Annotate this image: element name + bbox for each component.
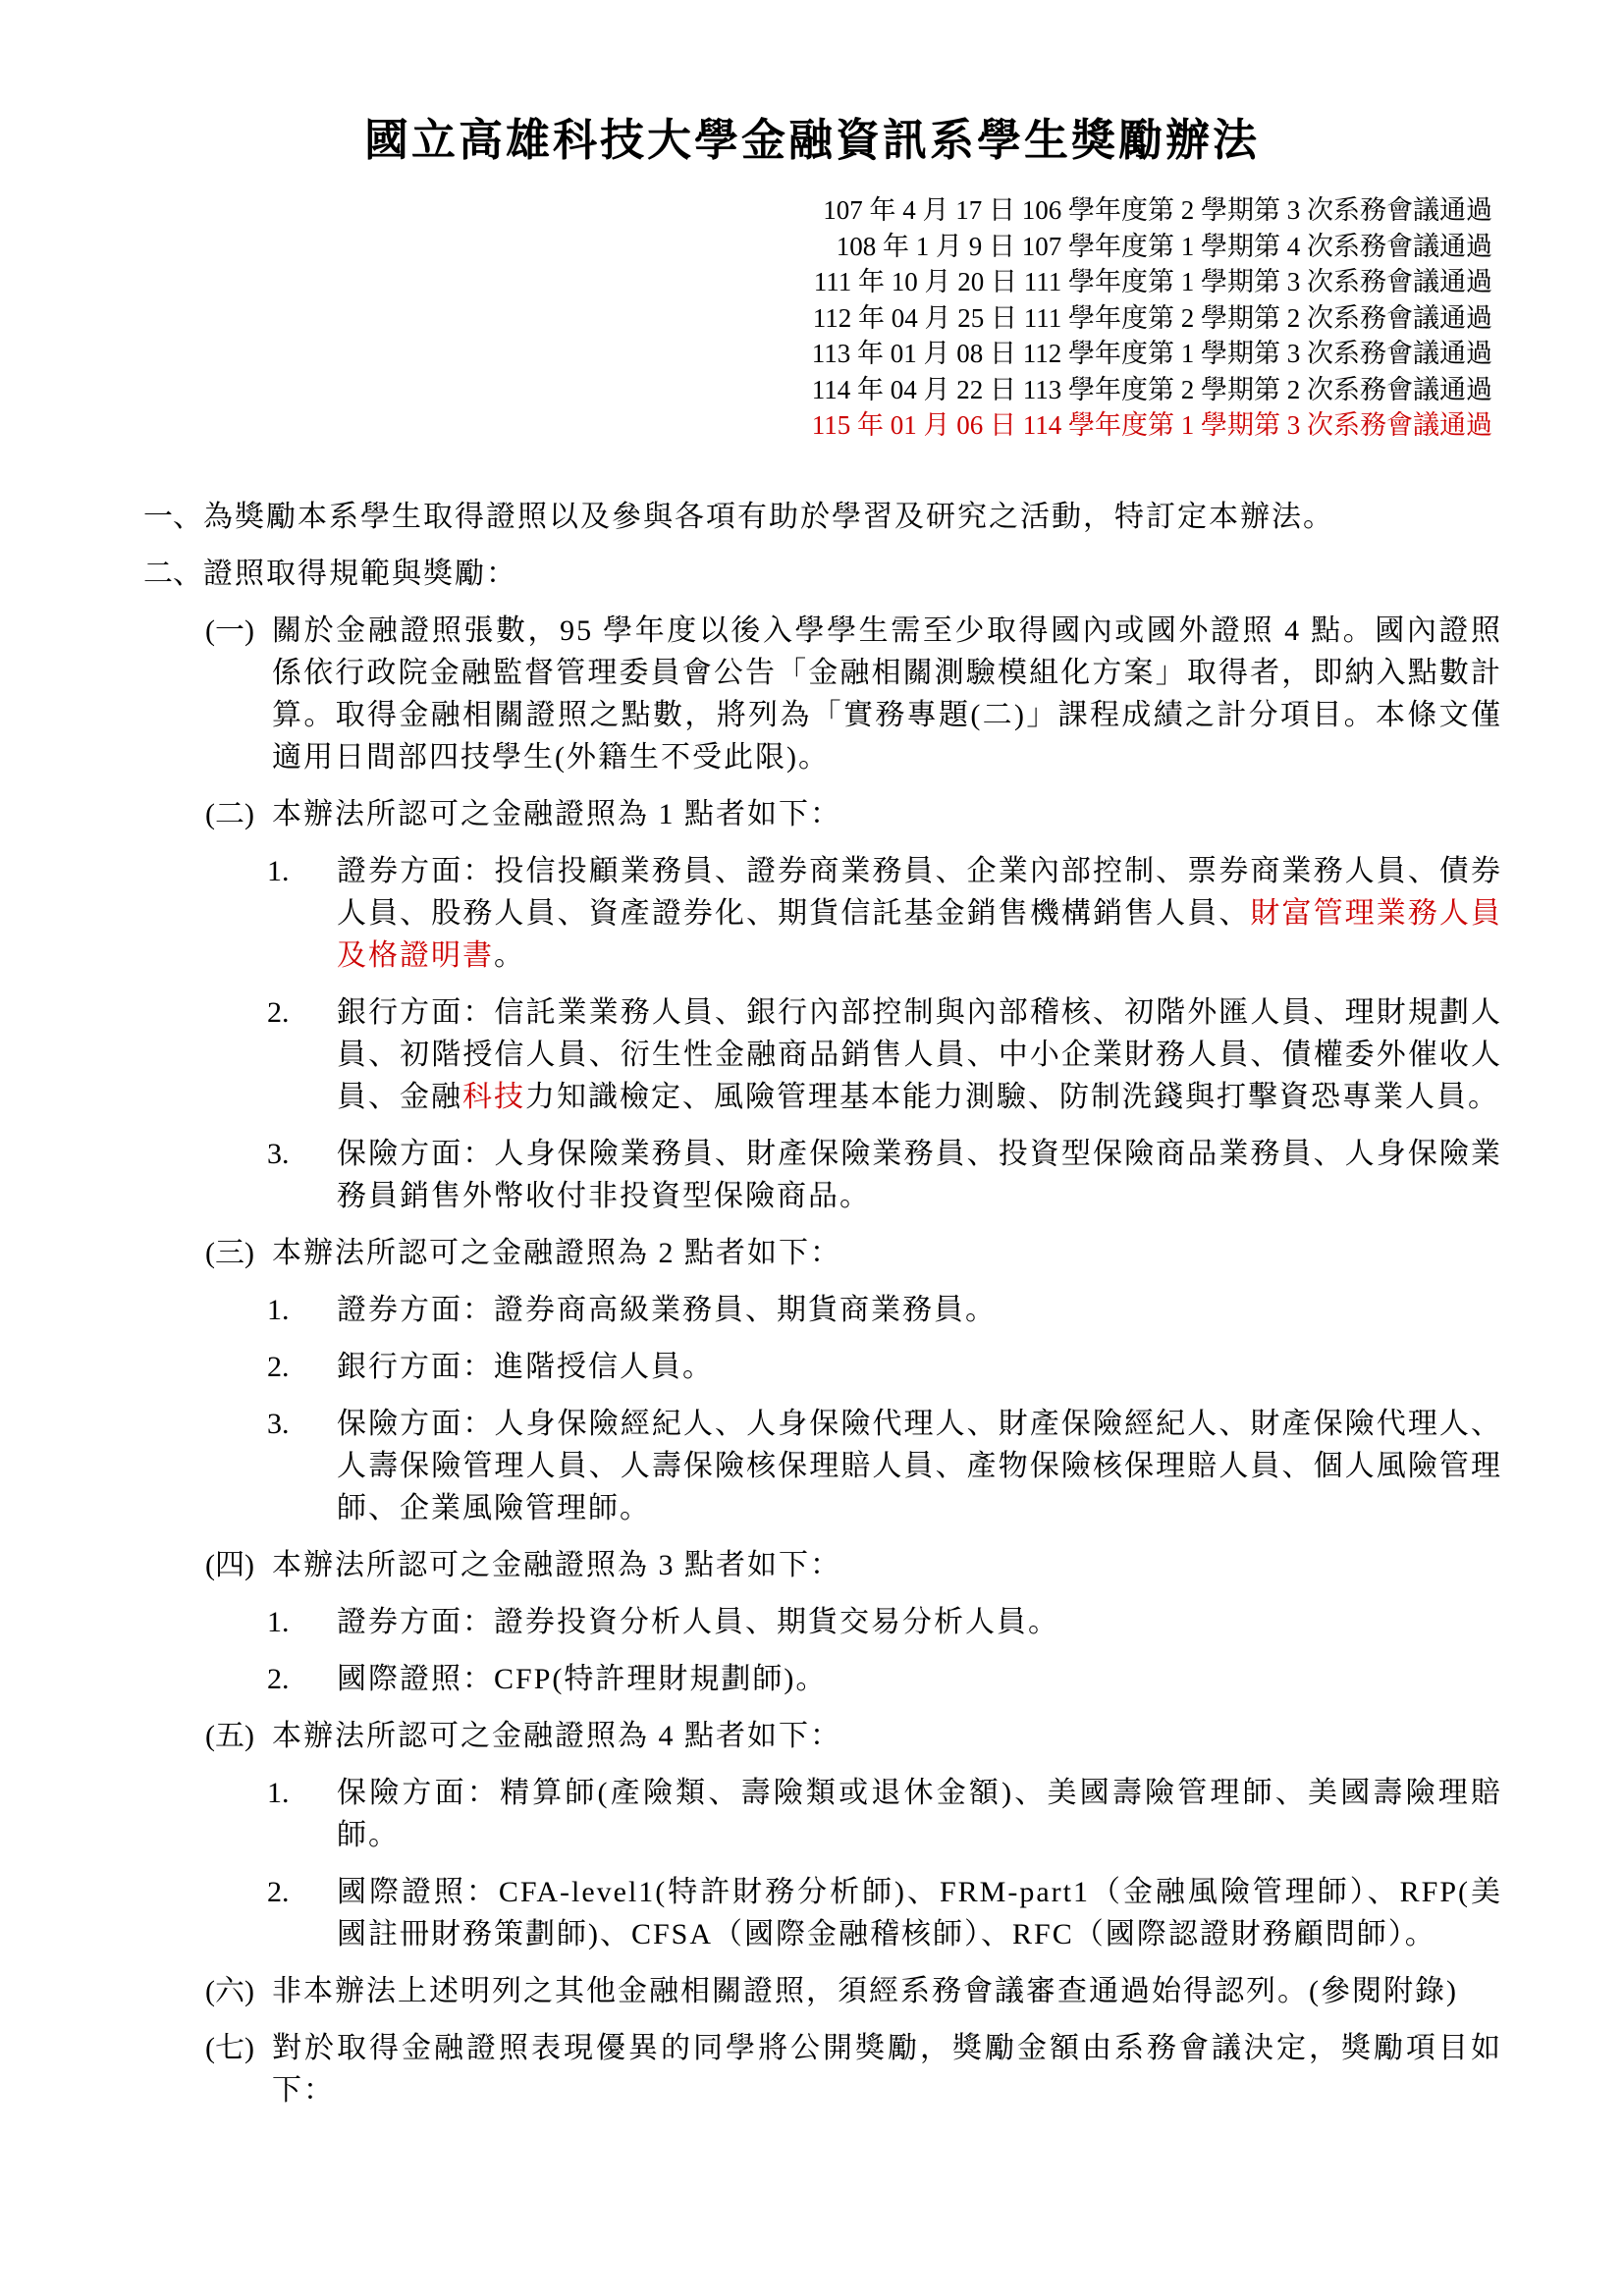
list-item-text: 保險方面：精算師(產險類、壽險類或退休金額)、美國壽險管理師、美國壽險理賠師。 xyxy=(337,1777,1502,1851)
list-item-text: 。 xyxy=(494,939,525,972)
subclause-1-text: 關於金融證照張數，95 學年度以後入學學生需至少取得國內或國外證照 4 點。國內… xyxy=(272,614,1502,774)
list-item-number: 3. xyxy=(267,1133,290,1175)
revision-entry: 114 年 04 月 22 日 113 學年度第 2 學期第 2 次系務會議通過 xyxy=(812,372,1492,408)
list-item: 3. 保險方面：人身保險業務員、財產保險業務員、投資型保險商品業務員、人身保險業… xyxy=(143,1133,1502,1217)
list-item-number: 2. xyxy=(267,991,290,1034)
subclause-4-text: 本辦法所認可之金融證照為 3 點者如下： xyxy=(272,1549,841,1581)
subclause-6: (六) 非本辦法上述明列之其他金融相關證照，須經系務會議審查通過始得認列。(參閱… xyxy=(143,1970,1502,2012)
clause-2-marker: 二、 xyxy=(143,553,202,595)
list-item: 1. 證券方面：證券投資分析人員、期貨交易分析人員。 xyxy=(143,1601,1502,1643)
subclause-5-marker: (五) xyxy=(205,1715,254,1757)
list-item-text: 保險方面：人身保險經紀人、人身保險代理人、財產保險經紀人、財產保險代理人、人壽保… xyxy=(337,1408,1502,1524)
subclause-3-marker: (三) xyxy=(205,1232,254,1274)
list-item-number: 1. xyxy=(267,1289,290,1331)
subclause-1: (一) 關於金融證照張數，95 學年度以後入學學生需至少取得國內或國外證照 4 … xyxy=(143,610,1502,778)
list-item-number: 1. xyxy=(267,1601,290,1643)
subclause-7-marker: (七) xyxy=(205,2027,254,2069)
list-item-highlight: 科技 xyxy=(462,1081,525,1113)
revision-entry: 112 年 04 月 25 日 111 學年度第 2 學期第 2 次系務會議通過 xyxy=(812,300,1492,337)
document-page: 國立高雄科技大學金融資訊系學生獎勵辦法 107 年 4 月 17 日 106 學… xyxy=(0,0,1624,2296)
subclause-2-text: 本辦法所認可之金融證照為 1 點者如下： xyxy=(272,798,841,830)
list-item: 2. 銀行方面：進階授信人員。 xyxy=(143,1346,1502,1388)
list-item-number: 1. xyxy=(267,850,290,892)
list-item-number: 2. xyxy=(267,1658,290,1700)
document-body: 一、 為獎勵本系學生取得證照以及參與各項有助於學習及研究之活動，特訂定本辦法。 … xyxy=(143,496,1502,2126)
revision-history: 107 年 4 月 17 日 106 學年度第 2 學期第 3 次系務會議通過 … xyxy=(812,192,1492,444)
list-item-text: 保險方面：人身保險業務員、財產保險業務員、投資型保險商品業務員、人身保險業務員銷… xyxy=(337,1138,1502,1212)
list-item-text: 國際證照：CFA-level1(特許財務分析師)、FRM-part1（金融風險管… xyxy=(337,1876,1502,1950)
clause-1-text: 為獎勵本系學生取得證照以及參與各項有助於學習及研究之活動，特訂定本辦法。 xyxy=(203,501,1334,533)
list-item: 2. 國際證照：CFP(特許理財規劃師)。 xyxy=(143,1658,1502,1700)
list-item-number: 1. xyxy=(267,1772,290,1814)
subclause-3-text: 本辦法所認可之金融證照為 2 點者如下： xyxy=(272,1237,841,1269)
subclause-2-marker: (二) xyxy=(205,793,254,835)
subclause-3: (三) 本辦法所認可之金融證照為 2 點者如下： xyxy=(143,1232,1502,1274)
list-item-text: 銀行方面：進階授信人員。 xyxy=(337,1351,714,1383)
clause-2-text: 證照取得規範與獎勵： xyxy=(203,558,517,590)
revision-entry: 113 年 01 月 08 日 112 學年度第 1 學期第 3 次系務會議通過 xyxy=(812,336,1492,372)
page-title: 國立高雄科技大學金融資訊系學生獎勵辦法 xyxy=(0,104,1624,168)
list-item: 1. 證券方面：投信投顧業務員、證券商業務員、企業內部控制、票券商業務人員、債券… xyxy=(143,850,1502,977)
list-item: 2. 銀行方面：信託業業務人員、銀行內部控制與內部稽核、初階外匯人員、理財規劃人… xyxy=(143,991,1502,1118)
clause-2: 二、 證照取得規範與獎勵： xyxy=(143,553,1502,595)
subclause-6-text: 非本辦法上述明列之其他金融相關證照，須經系務會議審查通過始得認列。(參閱附錄) xyxy=(272,1975,1458,2007)
subclause-4: (四) 本辦法所認可之金融證照為 3 點者如下： xyxy=(143,1544,1502,1586)
list-item-text: 證券方面：證券投資分析人員、期貨交易分析人員。 xyxy=(337,1606,1059,1638)
list-item-number: 2. xyxy=(267,1871,290,1913)
subclause-5: (五) 本辦法所認可之金融證照為 4 點者如下： xyxy=(143,1715,1502,1757)
revision-entry: 111 年 10 月 20 日 111 學年度第 1 學期第 3 次系務會議通過 xyxy=(812,264,1492,300)
list-item: 1. 證券方面：證券商高級業務員、期貨商業務員。 xyxy=(143,1289,1502,1331)
subclause-7: (七) 對於取得金融證照表現優異的同學將公開獎勵，獎勵金額由系務會議決定，獎勵項… xyxy=(143,2027,1502,2111)
list-item-number: 2. xyxy=(267,1346,290,1388)
list-item-text: 國際證照：CFP(特許理財規劃師)。 xyxy=(337,1663,827,1695)
clause-1-marker: 一、 xyxy=(143,496,202,538)
subclause-1-marker: (一) xyxy=(205,610,254,652)
subclause-4-marker: (四) xyxy=(205,1544,254,1586)
subclause-6-marker: (六) xyxy=(205,1970,254,2012)
subclause-5-text: 本辦法所認可之金融證照為 4 點者如下： xyxy=(272,1720,841,1752)
list-item-number: 3. xyxy=(267,1403,290,1445)
list-item: 2. 國際證照：CFA-level1(特許財務分析師)、FRM-part1（金融… xyxy=(143,1871,1502,1955)
clause-1: 一、 為獎勵本系學生取得證照以及參與各項有助於學習及研究之活動，特訂定本辦法。 xyxy=(143,496,1502,538)
subclause-2: (二) 本辦法所認可之金融證照為 1 點者如下： xyxy=(143,793,1502,835)
list-item-text: 力知識檢定、風險管理基本能力測驗、防制洗錢與打擊資恐專業人員。 xyxy=(525,1081,1499,1113)
list-item: 1. 保險方面：精算師(產險類、壽險類或退休金額)、美國壽險管理師、美國壽險理賠… xyxy=(143,1772,1502,1856)
revision-entry: 107 年 4 月 17 日 106 學年度第 2 學期第 3 次系務會議通過 xyxy=(812,192,1492,229)
subclause-7-text: 對於取得金融證照表現優異的同學將公開獎勵，獎勵金額由系務會議決定，獎勵項目如下： xyxy=(272,2032,1502,2107)
list-item-text: 證券方面：證券商高級業務員、期貨商業務員。 xyxy=(337,1294,997,1326)
list-item: 3. 保險方面：人身保險經紀人、人身保險代理人、財產保險經紀人、財產保險代理人、… xyxy=(143,1403,1502,1529)
revision-entry-latest: 115 年 01 月 06 日 114 學年度第 1 學期第 3 次系務會議通過 xyxy=(812,407,1492,444)
revision-entry: 108 年 1 月 9 日 107 學年度第 1 學期第 4 次系務會議通過 xyxy=(812,229,1492,265)
